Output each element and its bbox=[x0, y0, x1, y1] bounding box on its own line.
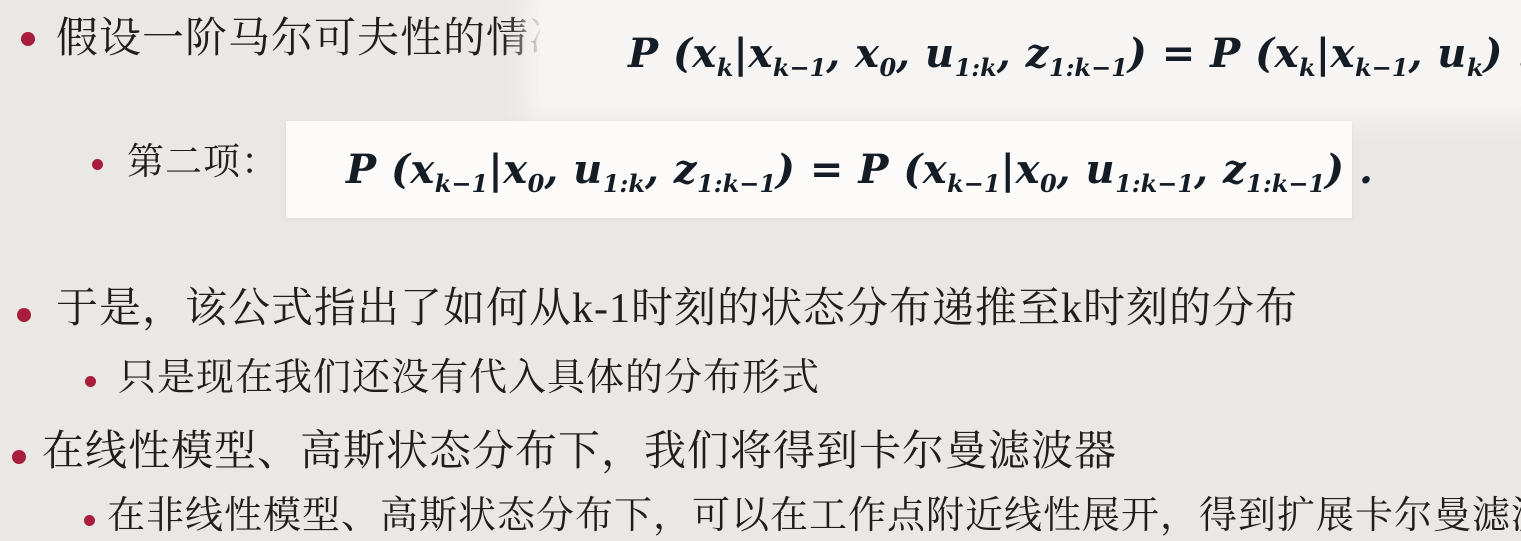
bullet-icon bbox=[85, 376, 96, 387]
formula1-box: P (xk|xk−1, x0, u1:k, z1:k−1) = P (xk|xk… bbox=[540, 0, 1521, 106]
formula1-markov-equation: P (xk|xk−1, x0, u1:k, z1:k−1) = P (xk|xk… bbox=[628, 30, 1521, 77]
bullet1-text: 假设一阶马尔可夫性的情况： bbox=[56, 15, 615, 63]
lecture-slide: 假设一阶马尔可夫性的情况： P (xk|xk−1, x0, u1:k, z1:k… bbox=[0, 0, 1521, 541]
formula2-box: P (xk−1|x0, u1:k, z1:k−1) = P (xk−1|x0, … bbox=[286, 121, 1352, 218]
bullet-icon bbox=[92, 159, 103, 170]
bullet-icon bbox=[12, 450, 26, 464]
bullet-icon bbox=[84, 515, 95, 526]
bullet-icon bbox=[21, 32, 35, 46]
formula2-second-term-equation: P (xk−1|x0, u1:k, z1:k−1) = P (xk−1|x0, … bbox=[346, 146, 1373, 193]
bullet3-text: 于是，该公式指出了如何从k-1时刻的状态分布递推至k时刻的分布 bbox=[56, 285, 1298, 333]
bullet4-text: 只是现在我们还没有代入具体的分布形式 bbox=[118, 357, 820, 401]
bullet5-text: 在线性模型、高斯状态分布下，我们将得到卡尔曼滤波器 bbox=[42, 428, 1117, 476]
bullet-icon bbox=[17, 308, 31, 322]
bullet6-text: 在非线性模型、高斯状态分布下，可以在工作点附近线性展开，得到扩展卡尔曼滤波器 bbox=[107, 495, 1521, 539]
bullet2-text: 第二项： bbox=[127, 142, 279, 185]
